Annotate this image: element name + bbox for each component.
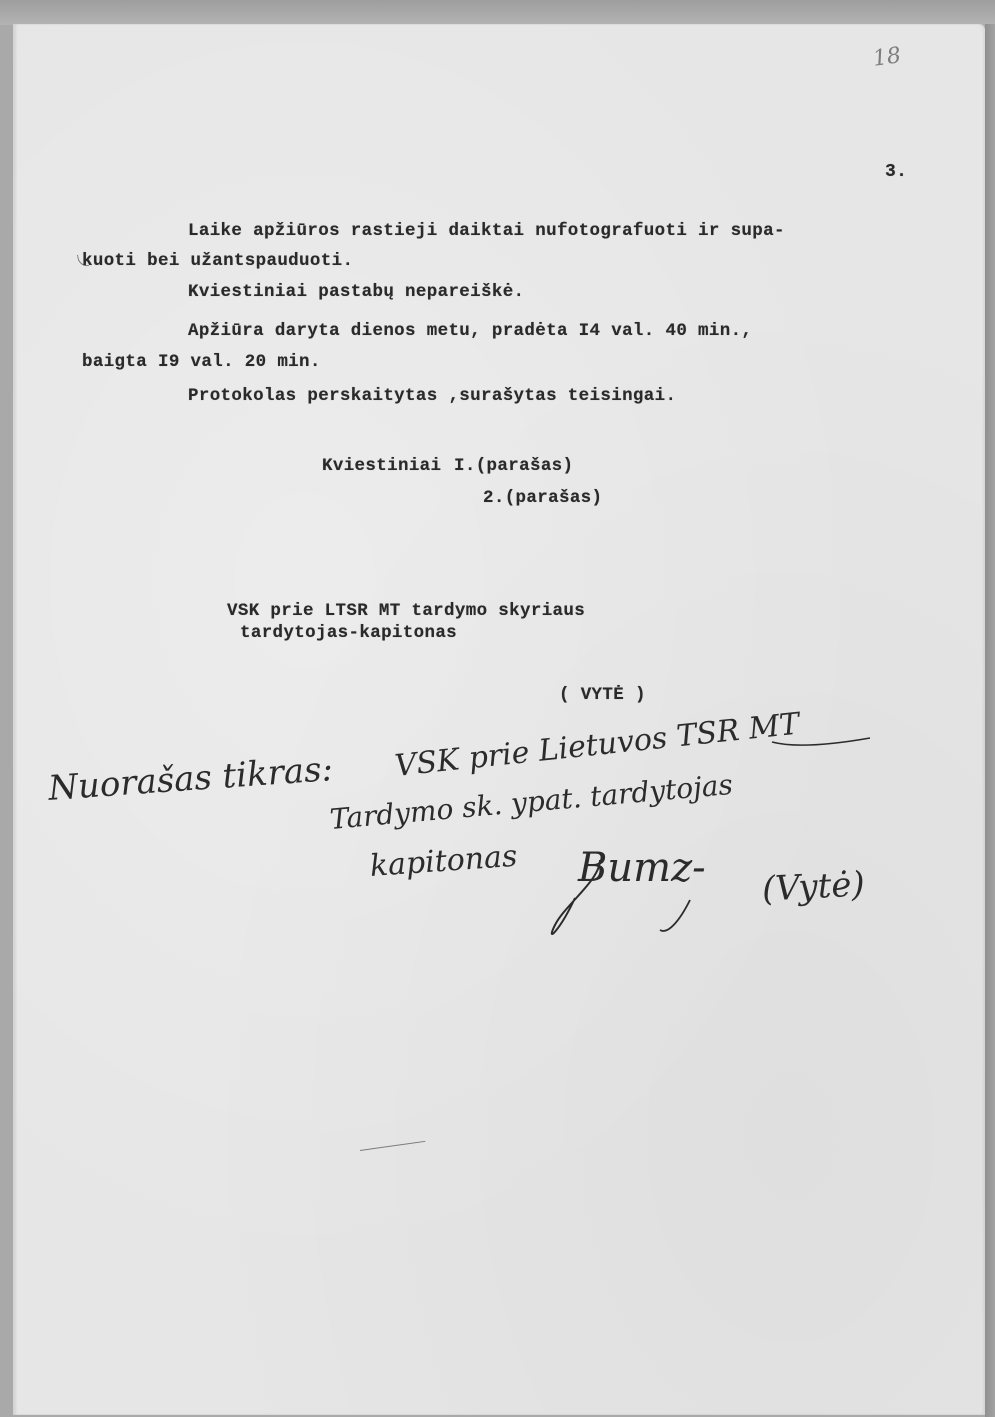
signatory-title: tardytojas-kapitonas [240, 625, 457, 643]
signatory-name: ( VYTĖ ) [559, 687, 646, 705]
handwritten-signature: Bumz- [578, 848, 706, 888]
witness-signature-2: 2.(parašas) [483, 490, 602, 508]
witness-signature-1: I.(parašas) [454, 458, 573, 476]
scan-border-top [0, 0, 995, 25]
body-line-1: Laike apžiūros rastieji daiktai nufotogr… [188, 223, 785, 241]
scan-border-right [985, 24, 995, 1417]
body-line-3: Kviestiniai pastabų nepareiškė. [188, 284, 524, 302]
handwritten-name: (Vytė) [761, 867, 865, 906]
body-line-4: Apžiūra daryta dienos metu, pradėta I4 v… [188, 323, 752, 341]
body-line-5: baigta I9 val. 20 min. [82, 354, 321, 372]
page-number: 3. [885, 163, 907, 181]
body-line-6: Protokolas perskaitytas ,surašytas teisi… [188, 388, 676, 406]
signatory-office: VSK prie LTSR MT tardymo skyriaus [227, 603, 585, 621]
body-line-2: kuoti bei užantspauduoti. [82, 253, 353, 271]
folio-annotation: 18 [871, 43, 902, 72]
witnesses-label: Kviestiniai [322, 458, 441, 476]
